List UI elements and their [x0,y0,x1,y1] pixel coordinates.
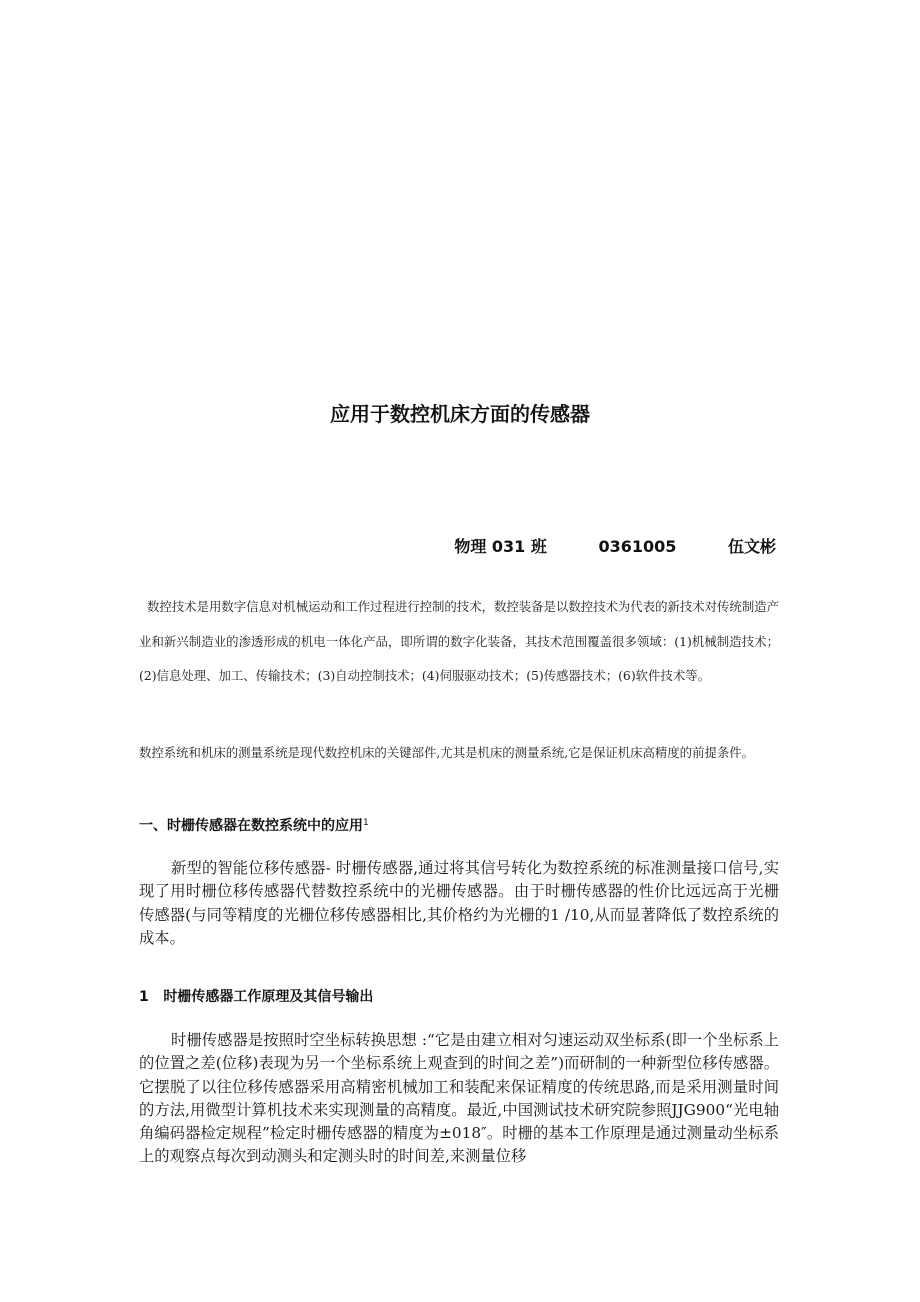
subsection-heading: 1 时栅传感器工作原理及其信号输出 [139,986,373,1006]
subsection-paragraph: 时栅传感器是按照时空坐标转换思想 :“它是由建立相对匀速运动双坐标系(即一个坐标… [139,1029,779,1169]
author-byline: 物理 031 班 0361005 伍文彬 [454,534,776,557]
section-paragraph: 新型的智能位移传感器- 时栅传感器,通过将其信号转化为数控系统的标准测量接口信号… [139,857,779,950]
abstract-paragraph: 数控技术是用数字信息对机械运动和工作过程进行控制的技术，数控装备是以数控技术为代… [139,590,779,694]
footnote-mark[interactable]: 1 [363,818,369,828]
author-name: 伍文彬 [728,534,776,557]
author-class: 物理 031 班 [454,534,547,557]
section-heading: 一、时栅传感器在数控系统中的应用1 [139,815,369,835]
section-heading-text: 一、时栅传感器在数控系统中的应用 [139,818,363,834]
author-student-id: 0361005 [598,537,676,556]
document-page: 应用于数控机床方面的传感器 物理 031 班 0361005 伍文彬 数控技术是… [0,0,920,1302]
document-title: 应用于数控机床方面的传感器 [0,398,920,427]
intro-paragraph: 数控系统和机床的测量系统是现代数控机床的关键部件,尤其是机床的测量系统,它是保证… [139,741,779,765]
